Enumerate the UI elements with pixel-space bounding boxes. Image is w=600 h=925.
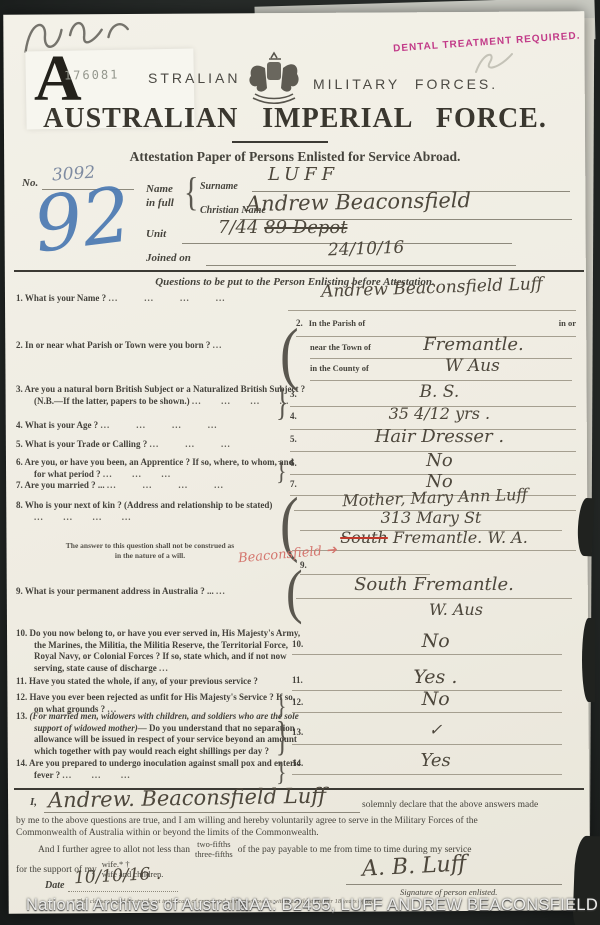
answer-9-num: 9.	[300, 560, 307, 570]
date-underline	[68, 891, 178, 892]
declaration-body-line3: Commonwealth of Australia within or beyo…	[16, 828, 582, 838]
answer-14-num: 14.	[292, 758, 303, 768]
section-rule-top	[14, 270, 584, 272]
q11-text: Have you stated the whole, if any, of yo…	[29, 676, 258, 686]
joined-on-value: 24/10/16	[328, 240, 405, 260]
q8-note-line1: The answer to this question shall not be…	[66, 541, 234, 550]
question-14: 14. Are you prepared to undergo inoculat…	[16, 758, 306, 781]
q8-num: 8.	[16, 500, 23, 510]
answer-13-num: 13.	[292, 727, 303, 737]
archive-watermark-right: NAA: B2455, LUFF ANDREW BEACONSFIELD	[237, 896, 598, 915]
q3-dots: ... ... ... ...	[192, 396, 290, 406]
answer-9-numline: 9.	[300, 560, 430, 575]
q4-num: 4.	[16, 420, 23, 430]
answer-5-value: Hair Dresser .	[303, 428, 576, 446]
q5-dots: ... ... ...	[149, 439, 230, 449]
answer-12-value: No	[309, 690, 562, 709]
answer-12-num: 12.	[292, 697, 303, 707]
q8-text: Who is your next of kin ? (Address and r…	[25, 500, 273, 510]
answer-6-value: No	[303, 452, 576, 470]
question-7: 7. Are you married ? ... ... ... ... ...	[16, 480, 306, 492]
answer-14: 14. Yes	[292, 752, 562, 775]
question-9: 9. What is your permanent address in Aus…	[16, 586, 306, 598]
q2-num: 2.	[16, 340, 23, 350]
answer-9-line2: W. Aus	[340, 602, 572, 622]
next-of-kin-street: 313 Mary St	[300, 510, 562, 526]
answer-1-value: Andrew Beaconsfield Luff	[288, 275, 576, 302]
q2-text: In or near what Parish or Town were you …	[25, 340, 210, 350]
parish-label: In the Parish of	[309, 318, 365, 328]
surname-label: Surname	[200, 181, 238, 192]
joined-on-underline	[206, 265, 516, 266]
paper-content: DENTAL TREATMENT REQUIRED. A 176081 STRA…	[0, 0, 600, 925]
answer-3-value: B. S.	[303, 384, 576, 401]
question-13: 13. (For married men, widowers with chil…	[16, 711, 306, 758]
next-of-kin-town-rest: Fremantle. W. A.	[393, 528, 528, 547]
allotment-clause: And I further agree to allot not less th…	[38, 840, 586, 860]
q13-brace: }	[276, 713, 288, 761]
signature-line	[346, 884, 562, 885]
q5-num: 5.	[16, 439, 23, 449]
q9-dots: ...	[216, 586, 226, 596]
date-label: Date	[45, 880, 64, 891]
answer-10-num: 10.	[292, 639, 303, 649]
answer-5: 5. Hair Dresser .	[290, 428, 576, 452]
q10-dots: ...	[159, 663, 169, 673]
q4-text: What is your Age ?	[25, 420, 98, 430]
unit-value-pre: 7/44	[218, 217, 258, 238]
fraction-stack: two-fifthsthree-fifths	[195, 840, 233, 860]
q7-text: Are you married ? ...	[25, 480, 105, 490]
q1-dots: ... ... ... ...	[108, 293, 225, 303]
town-value: Fremantle.	[375, 336, 572, 354]
q2-dots: ...	[213, 340, 223, 350]
q14-brace: }	[276, 756, 287, 787]
archive-watermark-left: National Archives of Australia	[26, 896, 249, 915]
pencil-mark	[468, 46, 520, 78]
q8-note: The answer to this question shall not be…	[32, 541, 268, 561]
answer-5-num: 5.	[290, 434, 297, 444]
answer-2-town: near the Town of Fremantle.	[310, 336, 572, 359]
masthead-right-text: MILITARY FORCES.	[313, 76, 498, 92]
q10-num: 10.	[16, 628, 27, 638]
declaration-body-line1: solemnly declare that the above answers …	[362, 800, 582, 812]
town-label: near the Town of	[310, 342, 371, 352]
q14-dots: ... ... ...	[62, 770, 130, 780]
signature-value: A. B. Luff	[361, 853, 466, 880]
question-10: 10. Do you now belong to, or have you ev…	[16, 628, 306, 675]
q6-dots: ... ... ...	[103, 469, 171, 479]
christian-name-value: Andrew Beaconsfield	[246, 190, 471, 215]
answer-11-value: Yes .	[309, 668, 562, 687]
question-1: 1. What is your Name ? ... ... ... ...	[16, 293, 306, 305]
q7-dots: ... ... ... ...	[107, 480, 224, 490]
county-label: in the County of	[310, 363, 369, 373]
answer-1: Andrew Beaconsfield Luff	[288, 280, 576, 311]
answer-2-county: in the County of W Aus	[310, 358, 572, 381]
q8-dots: ... ... ... ...	[34, 512, 132, 522]
q11-num: 11.	[16, 676, 27, 686]
answer-4-num: 4.	[290, 411, 297, 421]
question-3: 3. Are you a natural born British Subjec…	[16, 384, 306, 407]
q3-num: 3.	[16, 384, 23, 394]
answer-14-value: Yes	[309, 752, 562, 770]
unit-value: 7/44 89 Depot	[218, 219, 347, 237]
answer-3-num: 3.	[290, 389, 297, 399]
allotment-text-pre: And I further agree to allot not less th…	[38, 845, 190, 855]
surname-value: LUFF	[268, 166, 339, 184]
answer-10: 10. No	[292, 632, 562, 655]
coat-of-arms-icon	[243, 50, 305, 110]
q1-text: What is your Name ?	[25, 293, 106, 303]
q7-num: 7.	[16, 480, 23, 490]
answer-11-num: 11.	[292, 675, 303, 685]
next-of-kin-struck-word: South	[340, 528, 388, 547]
permanent-address-line1: South Fremantle.	[296, 576, 572, 594]
q6-num: 6.	[16, 457, 23, 467]
name-label-line1: Name	[146, 183, 173, 195]
page-title: AUSTRALIAN IMPERIAL FORCE.	[0, 103, 590, 135]
q5-text: What is your Trade or Calling ?	[25, 439, 147, 449]
date-value: 10/10/16 .	[74, 866, 162, 888]
question-5: 5. What is your Trade or Calling ? ... .…	[16, 439, 306, 451]
title-underline	[232, 141, 328, 143]
answer-13: 13. ✓	[292, 722, 562, 745]
unit-value-struck: 89 Depot	[264, 217, 347, 238]
answer-4-value: 35 4/12 yrs .	[303, 406, 576, 422]
question-6: 6. Are you, or have you been, an Apprent…	[16, 457, 306, 480]
q4-dots: ... ... ... ...	[100, 420, 217, 430]
q9-num: 9.	[16, 586, 23, 596]
declaration-body-line2: by me to the above questions are true, a…	[16, 816, 582, 826]
county-value: W Aus	[373, 358, 572, 375]
masthead-left-text: STRALIAN	[148, 70, 240, 86]
q12-num: 12.	[16, 692, 27, 702]
question-4: 4. What is your Age ? ... ... ... ...	[16, 420, 306, 432]
unit-label: Unit	[146, 228, 166, 240]
question-11: 11. Have you stated the whole, if any, o…	[16, 676, 306, 688]
paper-tear-2	[582, 618, 595, 702]
document-scan: DENTAL TREATMENT REQUIRED. A 176081 STRA…	[0, 0, 600, 925]
q13-num: 13.	[16, 711, 27, 721]
question-8: 8. Who is your next of kin ? (Address an…	[16, 500, 306, 523]
permanent-address-line2: W. Aus	[340, 602, 572, 618]
answer-10-value: No	[309, 632, 562, 651]
q1-num: 1.	[16, 293, 23, 303]
q14-num: 14.	[16, 758, 27, 768]
parish-suffix: in or	[559, 318, 576, 328]
answer-6-num: 6.	[290, 458, 297, 468]
answer-12: 12. No	[292, 690, 562, 713]
answer-9-line1: South Fremantle.	[296, 576, 572, 599]
blue-depot-number: 92	[30, 176, 135, 263]
answer-2-num: 2.	[296, 318, 303, 328]
q8-note-line2: in the nature of a will.	[115, 551, 185, 560]
fraction-bottom: three-fifths	[195, 850, 233, 860]
name-label-line2: in full	[146, 197, 174, 209]
declaration-name-handwritten: Andrew. Beaconsfield Luff	[48, 786, 326, 812]
declaration-name-underline	[44, 812, 360, 813]
answer-13-checkmark: ✓	[309, 722, 562, 738]
name-brace: {	[184, 170, 198, 216]
serial-number-stamp: 176081	[64, 68, 120, 83]
declaration-i: I,	[30, 796, 37, 808]
q9-text: What is your permanent address in Austra…	[25, 586, 214, 596]
question-2: 2. In or near what Parish or Town were y…	[16, 340, 306, 352]
joined-on-label: Joined on	[146, 252, 191, 264]
